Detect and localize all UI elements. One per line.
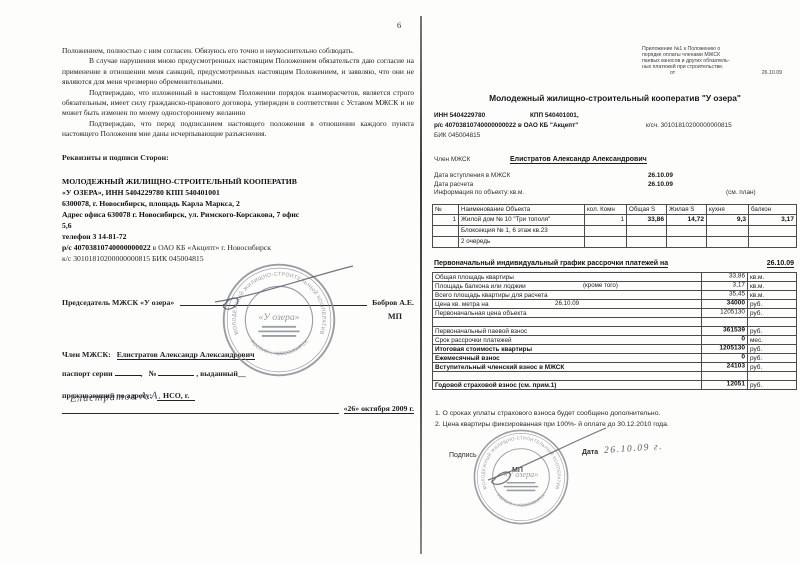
object-row: Блоксекция № 1, 6 этаж кв.23 [433,226,797,237]
label-text: Цена кв. метра на [435,301,489,308]
row-unit: руб. [748,300,797,309]
row-unit: кв.м. [748,291,797,300]
schedule-date: 26.10.09 [767,260,794,268]
row-value: 361539 [702,327,748,336]
cell [749,226,797,237]
value-text: 0 [741,354,745,361]
schedule-row: Первоначальный паевой взнос361539руб. [433,327,797,336]
row-unit [748,372,797,381]
agreement-date: «26» октября 2009 г. [344,404,414,414]
row-label: Площадь балкона или лоджии(кроме того) [433,282,702,291]
blank-line [158,367,194,376]
company-phone: телефон 3 14-81-72 [62,231,414,242]
row-value: 12051 [702,381,748,390]
row-label: Первоначальная цена объекта [433,309,702,318]
bik: БИК 045004815 [434,132,480,139]
join-date-label: Дата вступления в МЖСК [434,172,510,179]
cell: Блоксекция № 1, 6 этаж кв.23 [459,226,585,237]
cell: 9,3 [707,215,749,226]
row-label: Цена кв. метра на26.10.09 [433,300,702,309]
cell [433,237,459,248]
row-unit: кв.м. [748,282,797,291]
value-text: 35,45 [729,291,745,298]
row-unit: руб. [748,363,797,372]
schedule-row [433,372,797,381]
row-unit: мес. [748,336,797,345]
member-row: Член МЖСК Елистратов Александр Александр… [434,156,794,166]
page-fold-divider [420,16,422,554]
bank-requisites: ИНН 5404229780 КПП 540401001, р/с 407038… [434,112,794,141]
appendix-reference: Приложение №1 к Положению о порядке опла… [642,46,792,76]
value-text: 0 [741,336,745,343]
cell [585,226,627,237]
blank-line [115,367,141,376]
cell [667,226,707,237]
object-row: 1 Жилой дом № 10 "Три тополя" 1 33,86 14… [433,215,797,226]
row-value: 33,86 [702,273,748,282]
account-bank: в ОАО КБ «Акцепт» г. Новосибирск [151,243,271,252]
passport-row: паспорт серии , № , выданный__ [62,367,246,378]
object-info-unit: кв.м. [510,189,524,196]
object-table-header: № Наименование Объекта кол. Комн Общая S… [433,205,797,215]
col-object-name: Наименование Объекта [459,205,585,215]
comma: , [141,369,143,378]
cell [749,237,797,248]
row-value: 1205130 [702,345,748,354]
row-label [433,318,702,327]
row-unit: руб. [748,345,797,354]
settlement-account: р/с 40703810740000000022 в ОАО КБ "Акцеп… [434,122,578,129]
company-account: р/с 40703810740000000022 в ОАО КБ «Акцеп… [62,242,414,253]
cell: 33,86 [627,215,667,226]
schedule-row: Первоначальная цена объекта1205130руб. [433,309,797,318]
row-value [702,372,748,381]
handwritten-signature: Елистратов А.А. [70,390,162,404]
schedule-row: Цена кв. метра на26.10.0934000руб. [433,300,797,309]
kpp: КПП 540401001, [530,112,579,119]
chairman-handwritten-stroke [205,258,360,318]
stamp-logo-stripes [258,327,299,336]
company-name-line1: МОЛОДЕЖНЫЙ ЖИЛИЩНО-СТРОИТЕЛЬНЫЙ КООПЕРАТ… [62,176,414,187]
scanned-document: 6 Положением, полностью с ним согласен. … [0,0,800,564]
col-kitchen: кухня [707,205,749,215]
schedule-row: Всего площадь квартиры для расчета35,45к… [433,291,797,300]
object-info-note: (см. план) [726,189,756,196]
company-requisites: МОЛОДЕЖНЫЙ ЖИЛИЩНО-СТРОИТЕЛЬНЫЙ КООПЕРАТ… [62,176,414,264]
schedule-row: Ежемесячный взнос0руб. [433,354,797,363]
row-label [433,372,702,381]
signature-line [62,404,339,414]
row-label: Годовой страховой взнос (см. прим.1) [433,381,702,390]
row-unit: руб. [748,309,797,318]
cell: Жилой дом № 10 "Три тополя" [459,215,585,226]
chairman-name: Бобров А.Е. [372,298,414,307]
value-text: 12051 [727,381,745,388]
value-text: 3,17 [733,282,745,289]
stamp-ring-bottom-text: РОССИЯ г. НОВОСИБИРСК [249,339,310,357]
schedule-row: Годовой страховой взнос (см. прим.1)1205… [433,381,797,390]
col-total-area: Общая S [627,205,667,215]
member-label: Член МЖСК: [62,350,111,359]
dates-block: Дата вступления в МЖСК 26.10.09 Дата рас… [434,172,796,198]
schedule-row: Вступительный членский взнос в МЖСК24103… [433,363,797,372]
row-label: Итоговая стоимость квартиры [433,345,702,354]
calc-date-value: 26.10.09 [648,181,673,188]
row-value: 0 [702,354,748,363]
row-label: Всего площадь квартиры для расчета [433,291,702,300]
schedule-heading: Первоначальный индивидуальный график рас… [434,260,668,268]
agreement-text: Положением, полностью с ним согласен. Об… [62,46,414,140]
member-signature-row: «26» октября 2009 г. Елистратов А.А. [62,404,414,414]
value-text: 34000 [727,300,745,307]
payment-schedule-table: Общая площадь квартиры33,86кв.м. Площадь… [432,272,797,390]
passport-label: паспорт серии [62,369,113,378]
cell: 14,72 [667,215,707,226]
row-label: Срок рассрочки платежей [433,336,702,345]
company-name-line2: «У ОЗЕРА», ИНН 5404229780 КПП 540401001 [62,187,414,198]
cell: 1 [433,215,459,226]
row-value: 1205130 [702,309,748,318]
row-value: 3,17 [702,282,748,291]
col-rooms: кол. Комн [585,205,627,215]
paragraph: Подтверждаю, что перед подписанием насто… [62,119,414,140]
cell [627,226,667,237]
stamp-ring-bottom-text: РОССИЯ г. НОВОСИБИРСК [496,492,547,508]
cell [707,237,749,248]
member-label: Член МЖСК [434,156,470,163]
member-handwritten-stroke [468,418,613,488]
join-date-value: 26.10.09 [648,172,673,179]
passport-no-label: № [148,369,156,378]
row-value [702,318,748,327]
corr-account: к/сч. 30101810200000000815 [646,122,732,129]
residence-value: НСО, г. [157,391,195,401]
object-row: 2 очередь [433,237,797,248]
row-unit: руб. [748,327,797,336]
company-address2: Адрес офиса 630078 г. Новосибирск, ул. Р… [62,209,414,220]
row-unit [748,318,797,327]
cell [585,237,627,248]
appendix-date-row: от 26.10.09 [642,70,792,76]
appendix-date: 26.10.09 [762,70,782,76]
col-number: № [433,205,459,215]
document-title: Молодежный жилищно-строительный кооперат… [432,93,798,103]
object-table: № Наименование Объекта кол. Комн Общая S… [432,204,797,248]
row-note: 26.10.09 [555,300,579,307]
value-text: 361539 [723,327,745,334]
cell: 2 очередь [459,237,585,248]
col-living-area: Жилая S [667,205,707,215]
col-balcony: балкон [749,205,797,215]
row-value: 0 [702,336,748,345]
label-text: Площадь балкона или лоджии [435,283,526,290]
cell [667,237,707,248]
paragraph: Подтверждаю, что изложенный в настоящем … [62,88,414,119]
schedule-row: Итоговая стоимость квартиры1205130руб. [433,345,797,354]
requisites-heading: Реквизиты и подписи Сторон: [62,153,414,162]
schedule-row [433,318,797,327]
object-info-label: Информация по объекту: [434,189,509,196]
value-text: 1205130 [720,309,745,316]
row-value: 34000 [702,300,748,309]
row-value: 24103 [702,363,748,372]
cell [433,226,459,237]
calc-date-label: Дата расчета [434,181,473,188]
cell [627,237,667,248]
paragraph: Положением, полностью с ним согласен. Об… [62,46,414,56]
cell: 3,17 [749,215,797,226]
value-text: 1205130 [719,345,745,352]
value-text: 24103 [727,363,745,370]
member-name: Елистратов Александр Александрович [510,156,647,164]
stamp-place-label: МП [388,312,402,321]
row-label: Ежемесячный взнос [433,354,702,363]
svg-text:РОССИЯ г. НОВОСИБИРСК: РОССИЯ г. НОВОСИБИРСК [249,339,310,357]
schedule-heading-row: Первоначальный индивидуальный график рас… [434,260,794,268]
company-address2b: 5,6 [62,220,414,231]
row-unit: руб. [748,354,797,363]
schedule-row: Общая площадь квартиры33,86кв.м. [433,273,797,282]
value-text: 33,86 [729,273,745,280]
row-value: 35,45 [702,291,748,300]
row-label: Вступительный членский взнос в МЖСК [433,363,702,372]
row-label: Общая площадь квартиры [433,273,702,282]
row-note: (кроме того) [583,282,618,289]
row-label: Первоначальный паевой взнос [433,327,702,336]
svg-text:РОССИЯ г. НОВОСИБИРСК: РОССИЯ г. НОВОСИБИРСК [496,492,547,508]
cell [707,226,749,237]
company-address1: 6300078, г. Новосибирск, площадь Карла М… [62,198,414,209]
schedule-row: Срок рассрочки платежей0мес. [433,336,797,345]
row-unit: руб. [748,381,797,390]
schedule-row: Площадь балкона или лоджии(кроме того)3,… [433,282,797,291]
chairman-label: Председатель МЖСК «У озера» [62,298,174,307]
appendix-from-label: от [670,70,675,76]
cell: 1 [585,215,627,226]
row-unit: кв.м. [748,273,797,282]
inn: ИНН 5404229780 [434,112,485,119]
account-number: р/с 40703810740000000022 [62,243,151,252]
paragraph: В случае нарушения мною предусмотренных … [62,56,414,87]
